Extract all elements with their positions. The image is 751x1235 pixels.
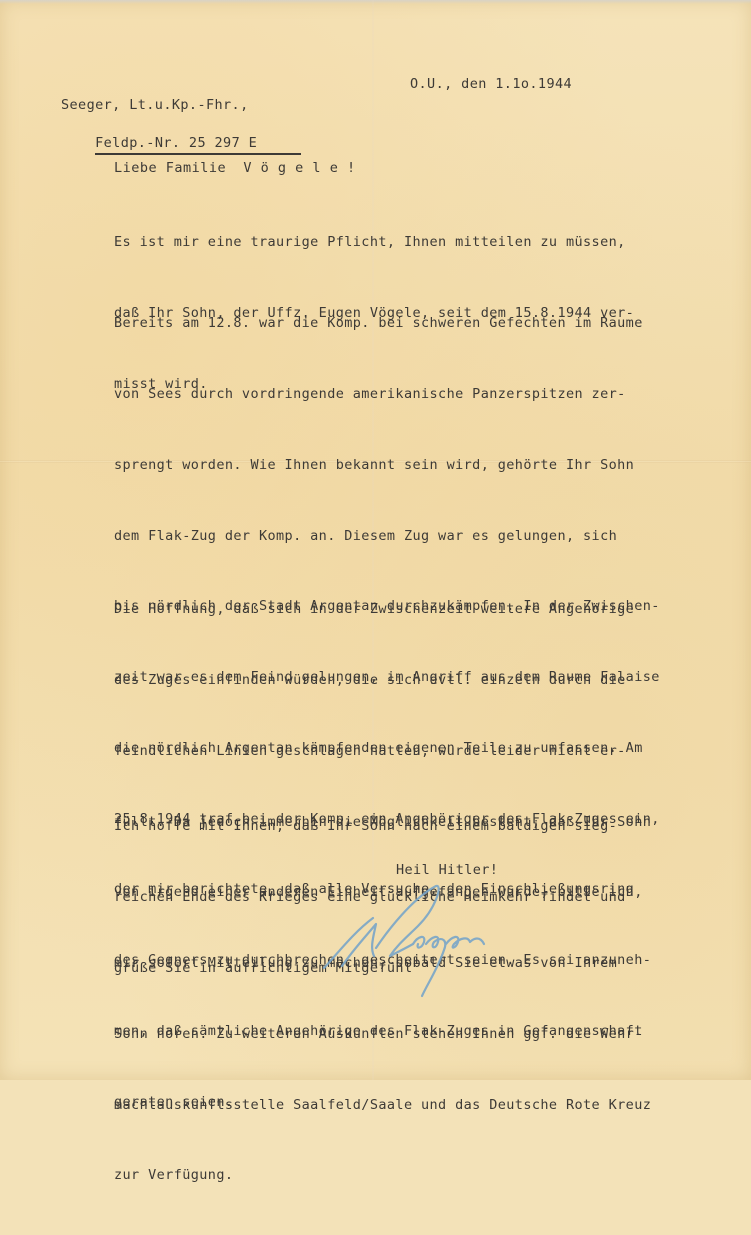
text-line: Es ist mir eine traurige Pflicht, Ihnen … [114, 231, 634, 255]
text-line: Bereits am 12.8. war die Komp. bei schwe… [114, 312, 660, 336]
sender-field-post-number: Feldp.-Nr. 25 297 E [95, 134, 301, 155]
sender-name-rank: Seeger, Lt.u.Kp.-Fhr., [61, 96, 301, 115]
text-line: des Zuges einfinden würden, die sich evt… [114, 669, 651, 693]
text-line: feindlichen Linien geschlagen hatten, wu… [114, 740, 651, 764]
sender-block: Seeger, Lt.u.Kp.-Fhr., Feldp.-Nr. 25 297… [61, 58, 301, 174]
closing-line: Heil Hitler! [396, 862, 498, 878]
text-line: Die Hoffnung, daß sich in der Zwischenze… [114, 598, 651, 622]
letter-paper: Seeger, Lt.u.Kp.-Fhr., Feldp.-Nr. 25 297… [0, 0, 751, 1080]
text-line: Ich hoffe mit Ihnen, daß Ihr Sohn nach e… [114, 815, 626, 839]
dateline: O.U., den 1.1o.1944 [410, 76, 572, 92]
handwritten-signature [318, 878, 518, 1008]
text-line: sprengt worden. Wie Ihnen bekannt sein w… [114, 454, 660, 478]
paper-top-edge [0, 0, 751, 4]
salutation: Liebe Familie V ö g e l e ! [114, 160, 356, 176]
text-line: von Sees durch vordringende amerikanisch… [114, 383, 660, 407]
text-line: dem Flak-Zug der Komp. an. Diesem Zug wa… [114, 525, 660, 549]
